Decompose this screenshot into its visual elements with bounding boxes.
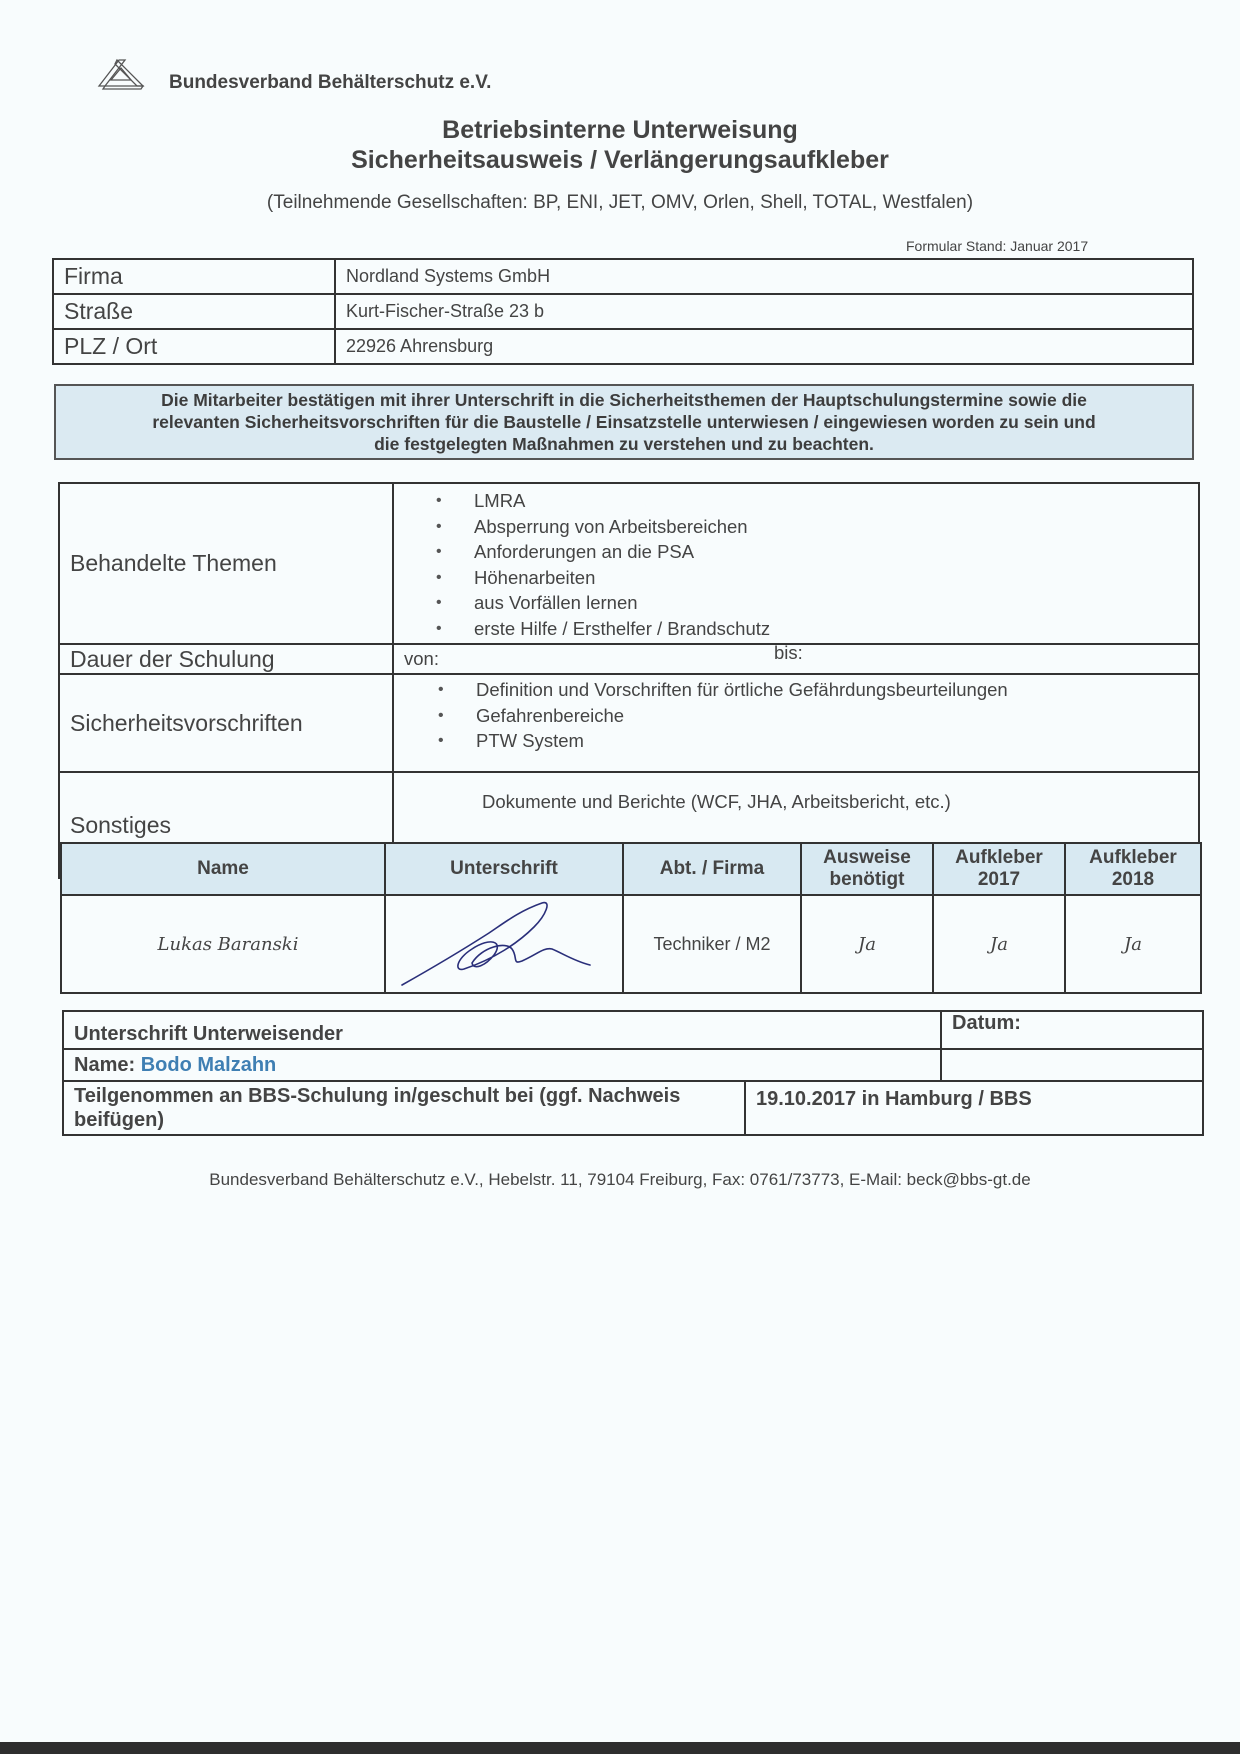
topic-item: LMRA — [474, 488, 1198, 514]
form-version: Formular Stand: Januar 2017 — [906, 238, 1088, 254]
topic-item: aus Vorfällen lernen — [474, 590, 1198, 616]
training-table: Behandelte Themen LMRA Absperrung von Ar… — [58, 482, 1200, 879]
confirmation-notice: Die Mitarbeiter bestätigen mit ihrer Unt… — [54, 384, 1194, 460]
notice-line-3: die festgelegten Maßnahmen zu verstehen … — [56, 433, 1192, 455]
street-field[interactable]: Kurt-Fischer-Straße 23 b — [335, 294, 1193, 329]
safety-item: PTW System — [476, 728, 1198, 754]
participants-header: Name Unterschrift Abt. / Firma Ausweise … — [61, 843, 1201, 895]
signature-icon — [394, 897, 614, 987]
city-label: PLZ / Ort — [53, 329, 335, 364]
instructor-name-label: Name: — [74, 1054, 135, 1076]
topics-label: Behandelte Themen — [59, 483, 393, 644]
street-label: Straße — [53, 294, 335, 329]
col-name: Name — [61, 843, 385, 895]
company-name-field[interactable]: Nordland Systems GmbH — [335, 259, 1193, 294]
participant-department[interactable]: Techniker / M2 — [623, 895, 801, 993]
participating-companies: (Teilnehmende Gesellschaften: BP, ENI, J… — [0, 192, 1240, 214]
topic-item: Absperrung von Arbeitsbereichen — [474, 514, 1198, 540]
participant-sticker-2018[interactable]: Ja — [1065, 895, 1201, 993]
instructor-table: Unterschrift Unterweisender Datum: Name:… — [62, 1010, 1204, 1136]
instructor-name-cell: Name: Bodo Malzahn — [63, 1049, 941, 1081]
company-label: Firma — [53, 259, 335, 294]
instructor-name-row: Name: Bodo Malzahn — [63, 1049, 1203, 1081]
company-row-street: Straße Kurt-Fischer-Straße 23 b — [53, 294, 1193, 329]
safety-label: Sicherheitsvorschriften — [59, 674, 393, 772]
document-title: Betriebsinterne Unterweisung — [0, 116, 1240, 145]
instructor-name-value[interactable]: Bodo Malzahn — [141, 1054, 277, 1076]
col-department: Abt. / Firma — [623, 843, 801, 895]
company-row-city: PLZ / Ort 22926 Ahrensburg — [53, 329, 1193, 364]
safety-row: Sicherheitsvorschriften Definition und V… — [59, 674, 1199, 772]
safety-cell: Definition und Vorschriften für örtliche… — [393, 674, 1199, 772]
footer-contact: Bundesverband Behälterschutz e.V., Hebel… — [0, 1170, 1240, 1190]
safety-list: Definition und Vorschriften für örtliche… — [394, 677, 1198, 754]
participant-sticker-2017[interactable]: Ja — [933, 895, 1065, 993]
city-field[interactable]: 22926 Ahrensburg — [335, 329, 1193, 364]
topics-cell: LMRA Absperrung von Arbeitsbereichen Anf… — [393, 483, 1199, 644]
document-subtitle-title: Sicherheitsausweis / Verlängerungsaufkle… — [0, 146, 1240, 175]
duration-from-label: von: — [404, 648, 439, 670]
participant-id-needed[interactable]: Ja — [801, 895, 933, 993]
duration-row: Dauer der Schulung von: bis: — [59, 644, 1199, 674]
participant-signature[interactable] — [385, 895, 623, 993]
safety-item: Gefahrenbereiche — [476, 703, 1198, 729]
date-label: Datum: — [941, 1011, 1203, 1049]
topic-item: Höhenarbeiten — [474, 565, 1198, 591]
date-field[interactable] — [941, 1049, 1203, 1081]
table-row: Lukas Baranski Techniker / M2 Ja Ja Ja — [61, 895, 1201, 993]
company-table: Firma Nordland Systems GmbH Straße Kurt-… — [52, 258, 1194, 365]
company-row-firma: Firma Nordland Systems GmbH — [53, 259, 1193, 294]
duration-label: Dauer der Schulung — [59, 644, 393, 674]
col-sticker-2017: Aufkleber 2017 — [933, 843, 1065, 895]
topic-item: erste Hilfe / Ersthelfer / Brandschutz — [474, 616, 1198, 642]
duration-to-label: bis: — [774, 642, 803, 664]
triangle-logo-icon — [95, 56, 147, 90]
attended-row: Teilgenommen an BBS-Schulung in/geschult… — [63, 1081, 1203, 1135]
attended-value[interactable]: 19.10.2017 in Hamburg / BBS — [745, 1081, 1203, 1135]
organization-name: Bundesverband Behälterschutz e.V. — [169, 72, 491, 94]
col-sticker-2018: Aufkleber 2018 — [1065, 843, 1201, 895]
participants-table: Name Unterschrift Abt. / Firma Ausweise … — [60, 842, 1202, 994]
safety-item: Definition und Vorschriften für örtliche… — [476, 677, 1198, 703]
duration-cell: von: bis: — [393, 644, 1199, 674]
participant-name[interactable]: Lukas Baranski — [61, 895, 385, 993]
notice-line-2: relevanten Sicherheitsvorschriften für d… — [56, 411, 1192, 433]
col-id-needed: Ausweise benötigt — [801, 843, 933, 895]
topics-row: Behandelte Themen LMRA Absperrung von Ar… — [59, 483, 1199, 644]
scan-edge — [0, 1742, 1240, 1754]
instructor-signature-label: Unterschrift Unterweisender — [63, 1011, 941, 1049]
attended-label: Teilgenommen an BBS-Schulung in/geschult… — [63, 1081, 745, 1135]
topic-item: Anforderungen an die PSA — [474, 539, 1198, 565]
col-signature: Unterschrift — [385, 843, 623, 895]
topics-list: LMRA Absperrung von Arbeitsbereichen Anf… — [394, 488, 1198, 641]
notice-line-1: Die Mitarbeiter bestätigen mit ihrer Unt… — [56, 389, 1192, 411]
instructor-signature-row: Unterschrift Unterweisender Datum: — [63, 1011, 1203, 1049]
